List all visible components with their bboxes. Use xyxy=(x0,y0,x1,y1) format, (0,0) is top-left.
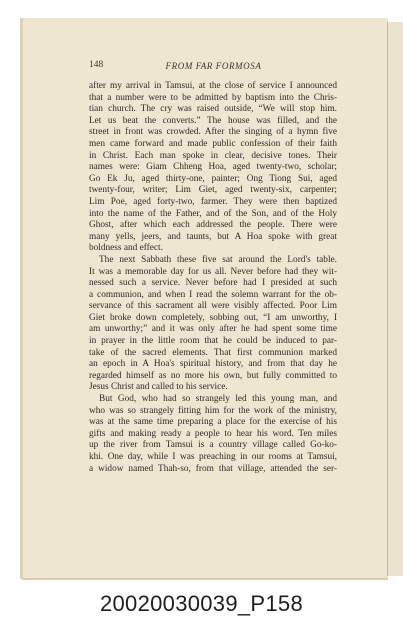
text-line: take of the sacred elements. That first … xyxy=(89,348,337,360)
text-line: Let us beat the converts.” The house was… xyxy=(89,116,337,128)
text-line: Go Ek Ju, aged thirty-one, painter; Ong … xyxy=(89,174,337,186)
text-line: into the name of the Father, and of the … xyxy=(89,209,337,221)
body-text: after my arrival in Tamsui, at the close… xyxy=(89,81,337,475)
text-line: street in front was crowded. After the s… xyxy=(89,127,337,139)
image-caption: 20020030039_P158 xyxy=(0,591,403,617)
text-line: Giet broke down completely, sobbing out,… xyxy=(89,313,337,325)
facing-page-edge xyxy=(387,22,403,576)
text-line: Ghost, after which each addressed the pe… xyxy=(89,220,337,232)
running-head: 148 FROM FAR FORMOSA xyxy=(89,60,338,74)
text-line: that a number were to be admitted by bap… xyxy=(89,93,337,105)
text-line: It was a memorable day for us all. Never… xyxy=(89,267,337,279)
text-line: twenty-four, writer; Lim Giet, aged twen… xyxy=(89,185,337,197)
text-line: regarded himself as no more his own, but… xyxy=(89,371,337,383)
text-line: Jesus Christ and called to his service. xyxy=(89,382,337,394)
text-line: But God, who had so strangely led this y… xyxy=(89,394,337,406)
text-line: in prayer in the little room that he cou… xyxy=(89,336,337,348)
text-line: an epoch in A Hoa's spiritual history, a… xyxy=(89,359,337,371)
running-head-title: FROM FAR FORMOSA xyxy=(89,61,338,71)
text-line: names were: Giam Chheng Hoa, aged twenty… xyxy=(89,162,337,174)
text-line: gifts and making ready a people to hear … xyxy=(89,429,337,441)
text-line: Lim Poe, aged forty-two, farmer. They we… xyxy=(89,197,337,209)
text-line: was at the same time preparing a place f… xyxy=(89,417,337,429)
text-line: servance of this sacrament all were visi… xyxy=(89,301,337,313)
text-line: khi. One day, while I was preaching in o… xyxy=(89,452,337,464)
text-line: boldness and effect. xyxy=(89,243,337,255)
text-line: up the river from Tamsui is a country vi… xyxy=(89,440,337,452)
text-line: tian church. The cry was raised outside,… xyxy=(89,104,337,116)
text-line: The next Sabbath these five sat around t… xyxy=(89,255,337,267)
text-line: men came forward and made public confess… xyxy=(89,139,337,151)
text-line: in Christ. Each man spoke in clear, deci… xyxy=(89,151,337,163)
text-line: a widow named Thah-so, from that village… xyxy=(89,464,337,476)
text-line: who was so strangely fitting him for the… xyxy=(89,406,337,418)
text-line: after my arrival in Tamsui, at the close… xyxy=(89,81,337,93)
text-line: am unworthy;” and it was only after he h… xyxy=(89,324,337,336)
text-line: nessed such a service. Never before had … xyxy=(89,278,337,290)
text-line: a communion, and when I read the solemn … xyxy=(89,290,337,302)
text-line: many yells, jeers, and taunts, but A Hoa… xyxy=(89,232,337,244)
